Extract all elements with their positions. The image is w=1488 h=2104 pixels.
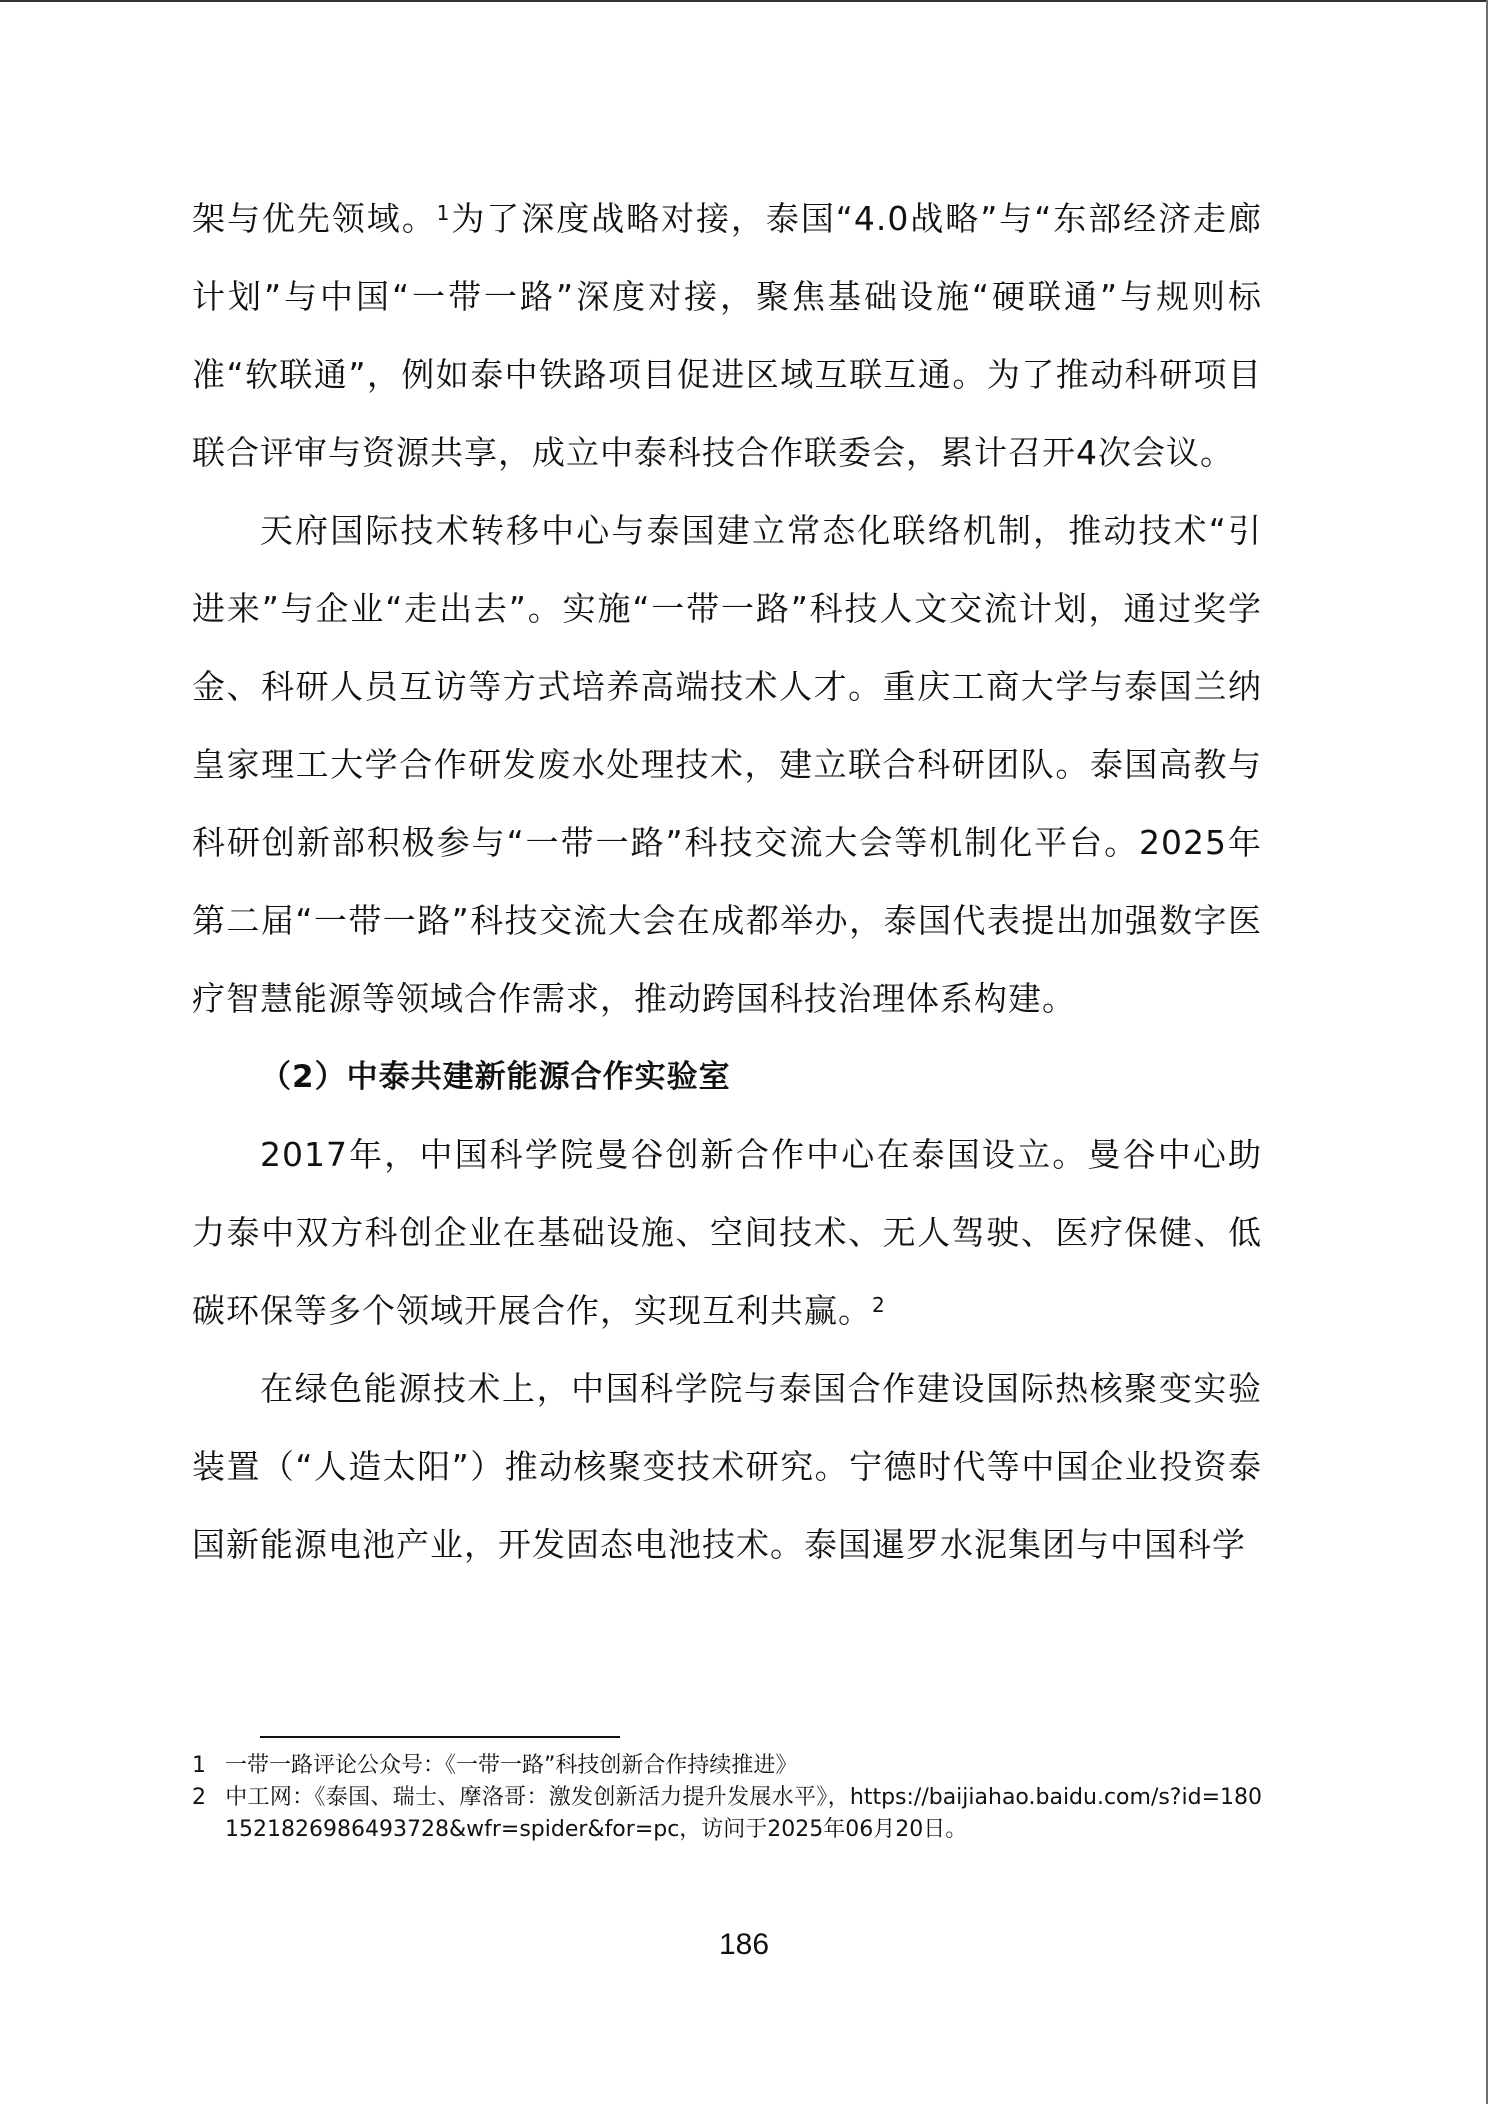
footnote-separator: [260, 1736, 620, 1738]
footnote-1-number: 1: [192, 1750, 225, 1782]
paragraph-3-text: 2017年，中国科学院曼谷创新合作中心在泰国设立。曼谷中心助力泰中双方科创企业在…: [192, 1135, 1262, 1330]
footnote-ref-2[interactable]: 2: [872, 1293, 886, 1317]
footnote-2: 2中工网：《泰国、瑞士、摩洛哥：激发创新活力提升发展水平》，https://ba…: [192, 1782, 1262, 1846]
paragraph-3: 2017年，中国科学院曼谷创新合作中心在泰国设立。曼谷中心助力泰中双方科创企业在…: [192, 1116, 1262, 1350]
paragraph-4: 在绿色能源技术上，中国科学院与泰国合作建设国际热核聚变实验装置（“人造太阳”）推…: [192, 1350, 1262, 1584]
paragraph-1: 架与优先领域。1为了深度战略对接，泰国“4.0战略”与“东部经济走廊计划”与中国…: [192, 180, 1262, 492]
footnote-1: 1一带一路评论公众号：《一带一路”科技创新合作持续推进》: [192, 1750, 1262, 1782]
footnotes: 1一带一路评论公众号：《一带一路”科技创新合作持续推进》 2中工网：《泰国、瑞士…: [192, 1750, 1262, 1846]
paragraph-1-text-b: 为了深度战略对接，泰国“4.0战略”与“东部经济走廊计划”与中国“一带一路”深度…: [192, 199, 1262, 472]
section-heading: （2）中泰共建新能源合作实验室: [192, 1038, 1262, 1116]
page-number: 186: [0, 1928, 1488, 1962]
footnote-2-number: 2: [192, 1782, 225, 1814]
footnote-2-text[interactable]: 中工网：《泰国、瑞士、摩洛哥：激发创新活力提升发展水平》，https://bai…: [225, 1785, 1262, 1842]
document-body: 架与优先领域。1为了深度战略对接，泰国“4.0战略”与“东部经济走廊计划”与中国…: [192, 180, 1262, 1584]
page-top-border: [0, 0, 1488, 2]
paragraph-2: 天府国际技术转移中心与泰国建立常态化联络机制，推动技术“引进来”与企业“走出去”…: [192, 492, 1262, 1038]
footnote-ref-1[interactable]: 1: [437, 201, 451, 225]
footnote-1-text: 一带一路评论公众号：《一带一路”科技创新合作持续推进》: [225, 1753, 797, 1778]
paragraph-1-text-a: 架与优先领域。: [192, 199, 437, 238]
